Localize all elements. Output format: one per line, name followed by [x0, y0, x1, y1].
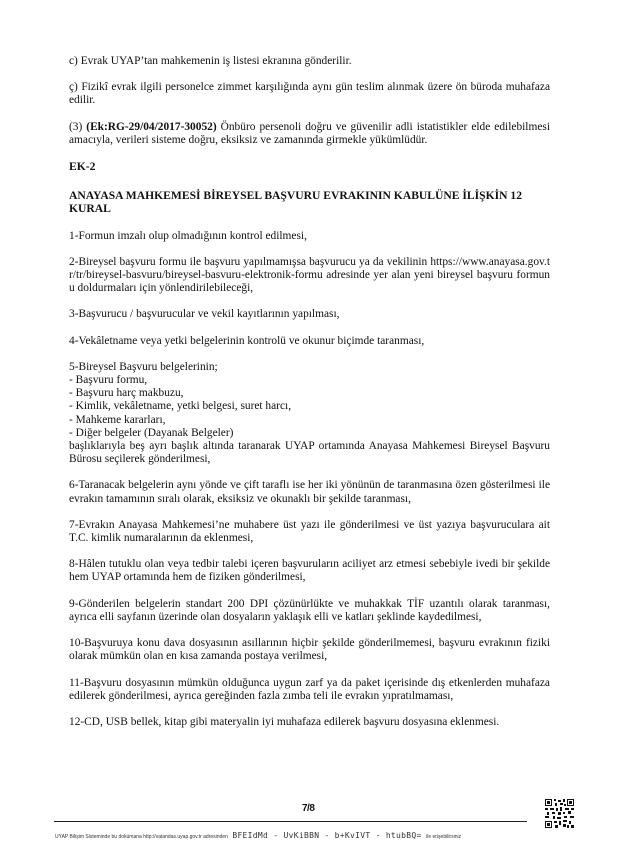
document-body: c) Evrak UYAP’tan mahkemenin iş listesi … — [69, 55, 550, 742]
footer-verification-text: UYAP Bilişim Sisteminde bu dokümana http… — [55, 825, 535, 842]
qr-code-icon — [545, 799, 574, 828]
rule-5-item: - Mahkeme kararları, — [69, 414, 550, 427]
rule-5-item: - Diğer belgeler (Dayanak Belgeler) — [69, 427, 550, 440]
rule-item: 4-Vekâletname veya yetki belgelerinin ko… — [69, 335, 550, 348]
rule-5-intro: 5-Bireysel Başvuru belgelerinin; — [69, 361, 550, 374]
rule-item: 1-Formun imzalı olup olmadığının kontrol… — [69, 230, 550, 243]
paragraph-3: (3) (Ek:RG-29/04/2017-30052) Önbüro pers… — [69, 121, 550, 147]
amendment-reference: (Ek:RG-29/04/2017-30052) — [86, 121, 216, 133]
rule-5-item: - Başvuru harç makbuzu, — [69, 387, 550, 400]
rule-item: 12-CD, USB bellek, kitap gibi materyalin… — [69, 716, 550, 729]
rule-5: 5-Bireysel Başvuru belgelerinin; - Başvu… — [69, 361, 550, 467]
rule-item: 10-Başvuruya konu dava dosyasının asılla… — [69, 637, 550, 663]
annex-label: EK-2 — [69, 160, 550, 173]
rule-5-item: - Kimlik, vekâletname, yetki belgesi, su… — [69, 400, 550, 413]
rule-5-outro: başlıklarıyla beş ayrı başlık altında ta… — [69, 440, 550, 466]
paragraph-c: c) Evrak UYAP’tan mahkemenin iş listesi … — [69, 55, 550, 68]
rule-item: 8-Hâlen tutuklu olan veya tedbir talebi … — [69, 558, 550, 584]
paragraph-cc: ç) Fizikî evrak ilgili personelce zimmet… — [69, 81, 550, 107]
footer-prefix: UYAP Bilişim Sisteminde bu dokümana http… — [55, 834, 228, 840]
footer-divider — [54, 821, 527, 822]
rule-item: 11-Başvuru dosyasının mümkün olduğunca u… — [69, 677, 550, 703]
rule-item: 6-Taranacak belgelerin aynı yönde ve çif… — [69, 479, 550, 505]
rule-item: 7-Evrakın Anayasa Mahkemesi’ne muhabere … — [69, 519, 550, 545]
rule-5-item: - Başvuru formu, — [69, 374, 550, 387]
rule-item: 9-Gönderilen belgelerin standart 200 DPI… — [69, 598, 550, 624]
rule-item: 2-Bireysel başvuru formu ile başvuru yap… — [69, 256, 550, 296]
document-page: c) Evrak UYAP’tan mahkemenin iş listesi … — [0, 0, 624, 842]
page-number: 7/8 — [302, 803, 314, 814]
paragraph-3-prefix: (3) — [69, 121, 86, 133]
rule-item: 3-Başvurucu / başvurucular ve vekil kayı… — [69, 308, 550, 321]
verification-code: BFEIdMd - UvKiBBN - b+KvIVT - htubBQ= — [232, 831, 421, 840]
footer-suffix: ile erişebilirsiniz — [426, 834, 461, 840]
annex-title: ANAYASA MAHKEMESİ BİREYSEL BAŞVURU EVRAK… — [69, 189, 550, 215]
